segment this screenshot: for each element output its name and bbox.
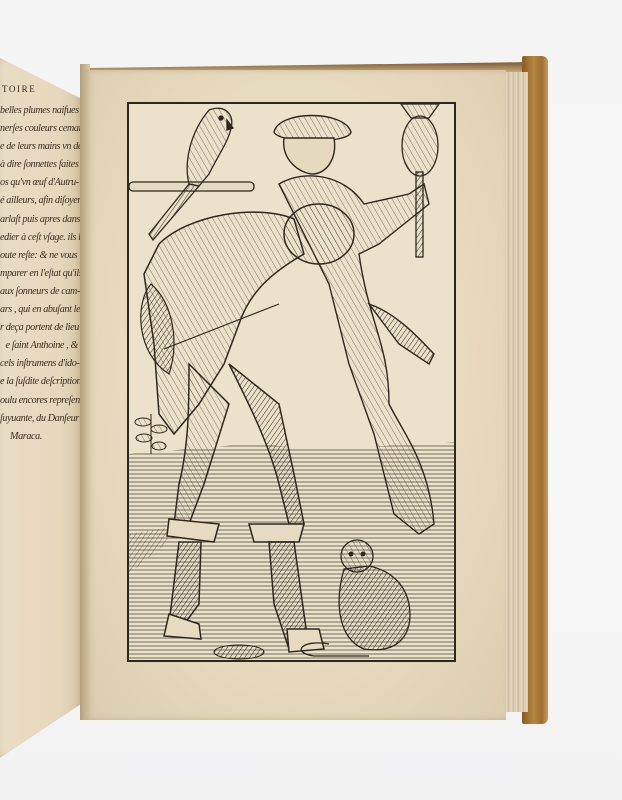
book-photo: TOIRE belles plumes naifues nerſes coule… [0, 0, 622, 800]
text-line: cels inſtrumens d'ido- [0, 355, 84, 373]
text-line: oulu encores repreſen- [0, 392, 84, 410]
text-line: ars , qui en abuſant le [0, 301, 84, 319]
text-line: aux ſonneurs de cam- [0, 283, 84, 301]
text-line: edier à ceſt vſage. ils les [0, 229, 84, 247]
maraca [401, 104, 439, 257]
text-line: ſuyuante, du Danſeur & [0, 410, 84, 428]
text-line: arlaſt puis apres dans i- [0, 211, 84, 229]
running-head: TOIRE [2, 84, 36, 94]
text-line: e ſaint Anthoine , & [0, 337, 84, 355]
text-line: os qu'vn œuf d'Autru- [0, 174, 84, 192]
woodcut-drawing [129, 104, 454, 660]
text-line: e la ſuſdite deſcription [0, 373, 84, 391]
text-line: à dire ſonnettes faites [0, 156, 84, 174]
text-line: mparer en l'eſtat qu'ils [0, 265, 84, 283]
plant [135, 414, 167, 454]
text-line: r deça portent de lieu [0, 319, 84, 337]
left-page-text: belles plumes naifues nerſes couleurs ce… [0, 102, 84, 446]
text-line: é ailleurs, afin diſoyent [0, 192, 84, 210]
text-line: oute reſte: & ne vous les [0, 247, 84, 265]
woodcut-illustration [127, 102, 456, 662]
text-line: belles plumes naifues [0, 102, 84, 120]
text-line: nerſes couleurs cemans [0, 120, 84, 138]
text-line: e de leurs mains vn de [0, 138, 84, 156]
text-line: Maraca. [0, 428, 84, 446]
